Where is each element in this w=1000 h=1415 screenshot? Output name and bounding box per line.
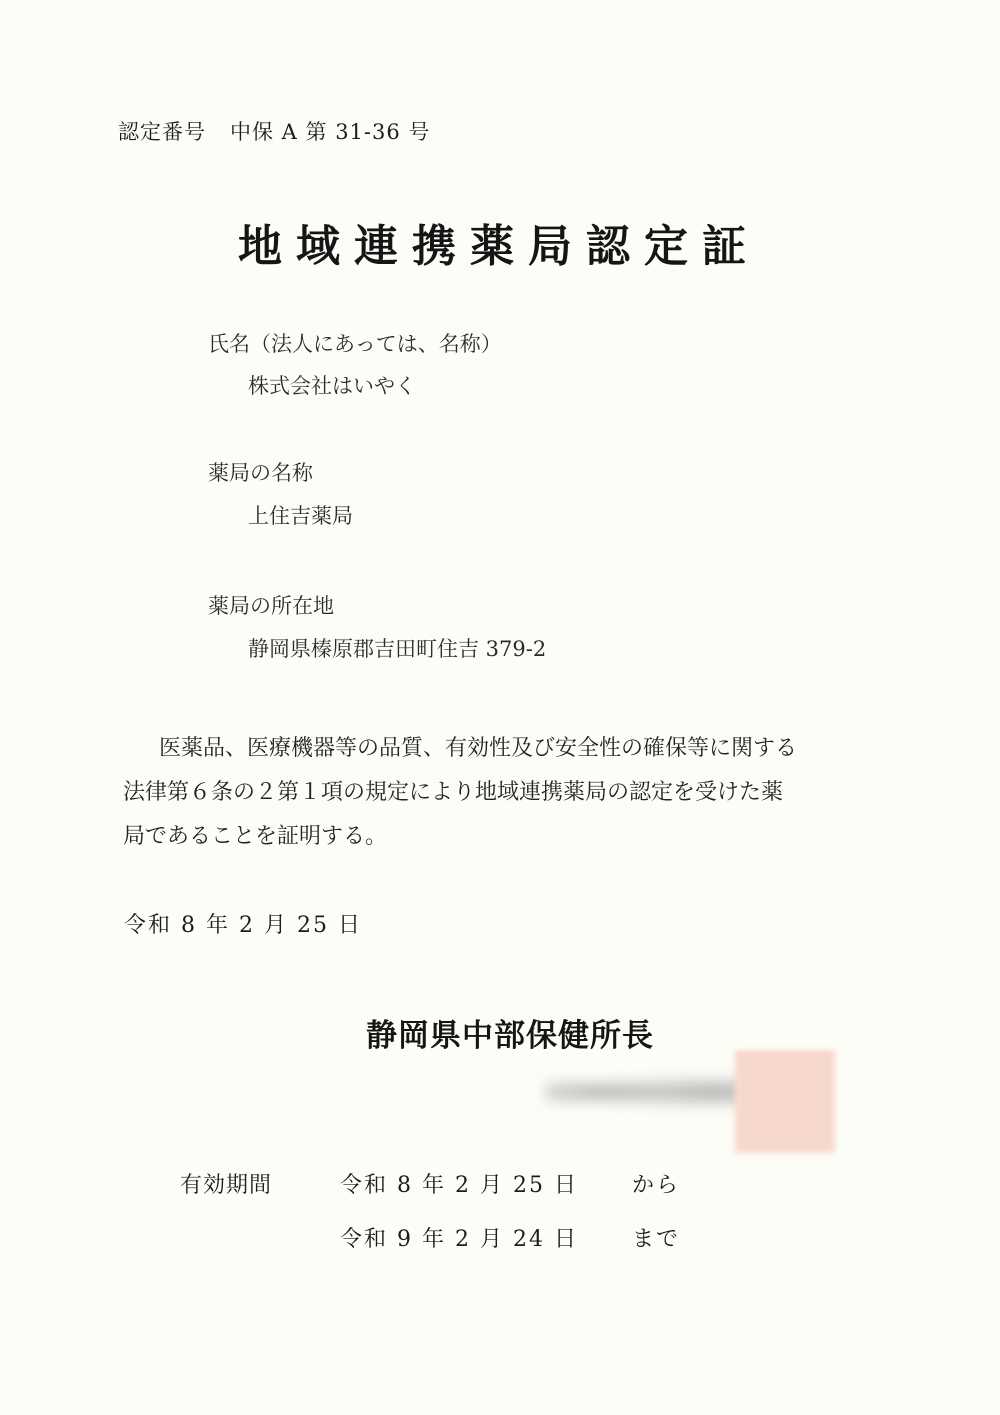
issuer-title: 静岡県中部保健所長: [366, 1010, 654, 1055]
field-label-pharmacy-name: 薬局の名称: [208, 457, 313, 487]
validity-to-suffix: まで: [632, 1222, 680, 1253]
certificate-number-value: 中保 A 第 31-36 号: [230, 120, 430, 144]
statement-line-1: 医薬品、医療機器等の品質、有効性及び安全性の確保等に関する: [123, 727, 863, 771]
field-value-pharmacy-address: 静岡県榛原郡吉田町住吉 379-2: [248, 633, 546, 663]
validity-from-date: 令和 8 年 2 月 25 日: [340, 1168, 578, 1199]
redacted-official-seal: [735, 1052, 835, 1153]
field-label-pharmacy-address: 薬局の所在地: [208, 590, 334, 620]
statement-line-3: 局であることを証明する。: [123, 815, 863, 859]
validity-from-suffix: から: [632, 1168, 680, 1199]
field-value-pharmacy-name: 上住吉薬局: [248, 500, 353, 530]
validity-period-label: 有効期間: [180, 1168, 272, 1199]
document-title: 地域連携薬局認定証: [238, 210, 760, 274]
certification-statement: 医薬品、医療機器等の品質、有効性及び安全性の確保等に関する 法律第６条の２第１項…: [123, 727, 863, 859]
field-value-holder-name: 株式会社はいやく: [248, 370, 416, 400]
certificate-number: 認定番号中保 A 第 31-36 号: [118, 116, 430, 146]
statement-line-2: 法律第６条の２第１項の規定により地域連携薬局の認定を受けた薬: [123, 771, 863, 815]
issue-date: 令和 8 年 2 月 25 日: [124, 908, 362, 939]
certificate-number-label: 認定番号: [118, 120, 206, 144]
validity-to-date: 令和 9 年 2 月 24 日: [340, 1222, 578, 1253]
field-label-holder-name: 氏名（法人にあっては、名称）: [208, 328, 502, 358]
